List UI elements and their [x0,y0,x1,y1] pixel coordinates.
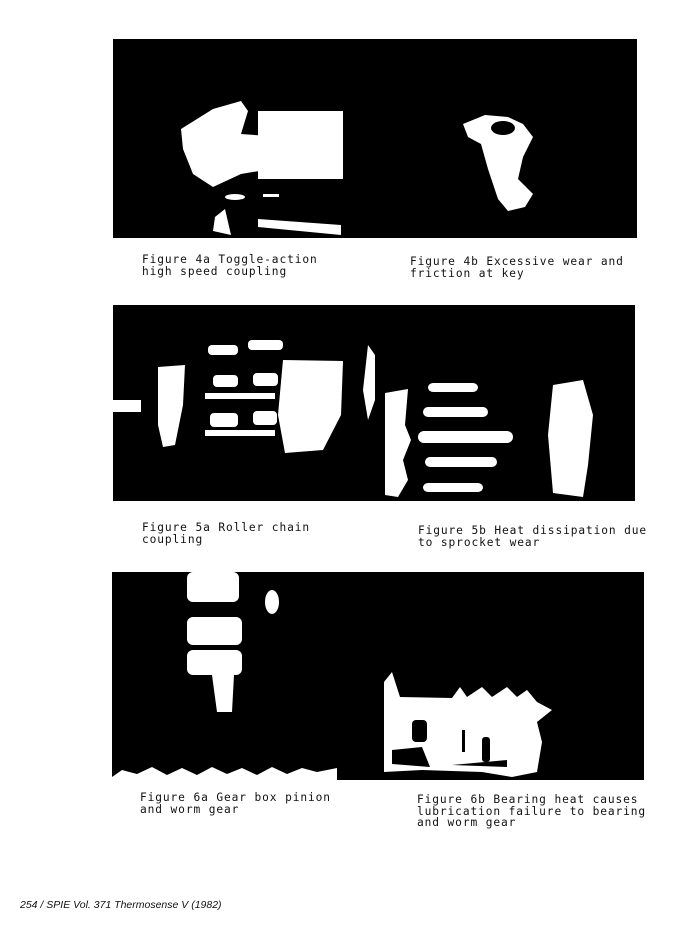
figure-5-photo [113,305,635,501]
figure-5-thermogram [113,305,635,501]
caption-figure-4b: Figure 4b Excessive wear andfriction at … [410,256,624,279]
figure-6-thermogram [112,572,644,780]
caption-figure-5b: Figure 5b Heat dissipation dueto sprocke… [418,525,647,548]
figure-6-photo [112,572,644,780]
caption-figure-6a: Figure 6a Gear box pinionand worm gear [140,792,331,815]
caption-figure-5a: Figure 5a Roller chaincoupling [142,522,310,545]
figure-4-thermogram [113,39,637,238]
caption-figure-6b: Figure 6b Bearing heat causeslubrication… [417,794,646,829]
page-footer-citation: 254 / SPIE Vol. 371 Thermosense V (1982) [20,899,222,911]
caption-figure-4a: Figure 4a Toggle-actionhigh speed coupli… [142,254,318,277]
figure-4-photo [113,39,637,238]
